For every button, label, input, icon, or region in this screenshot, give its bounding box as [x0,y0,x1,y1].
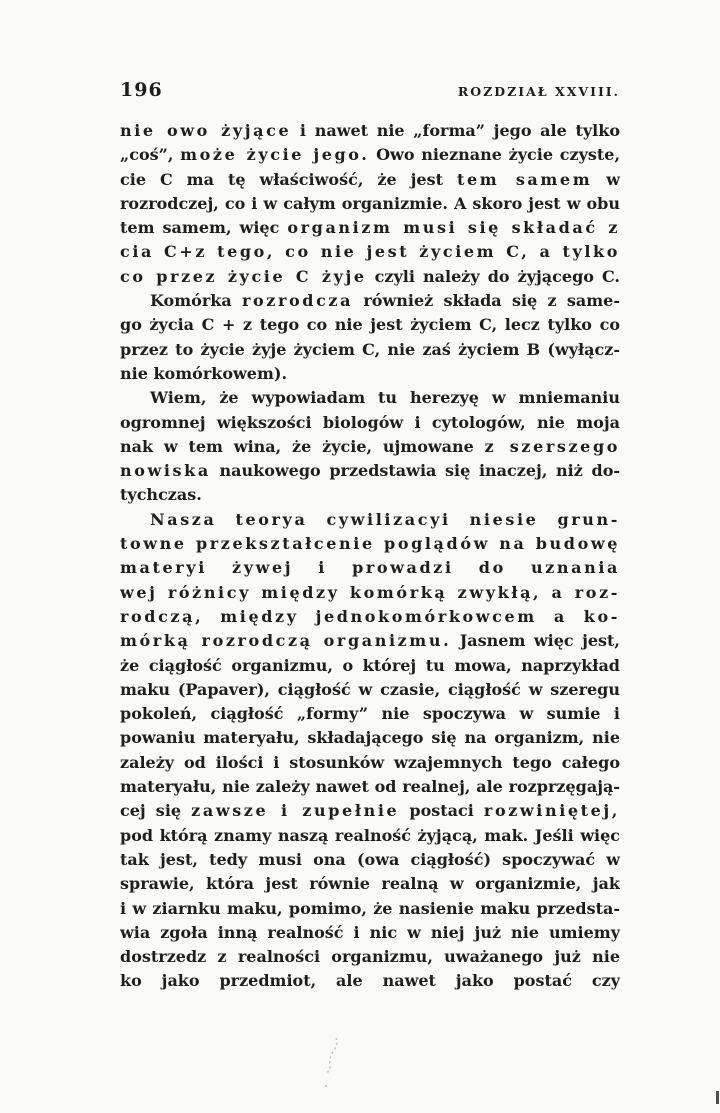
plain-text: pokoleń, ciągłość „formy” nie spoczywa w… [120,704,620,726]
plain-text: nie komórkowem). [120,364,287,383]
text-line: że ciągłość organizmu, o której tu mowa,… [120,654,620,678]
plain-text: tak jest, tedy musi ona (owa ciągłość) s… [120,850,620,872]
text-line: pod którą znamy naszą realność żyjącą, m… [120,824,620,848]
plain-text: naukowego przedstawia się inaczej, niż d… [211,461,620,480]
text-line: nak w tem wina, że życie, ujmowane z sze… [120,435,620,459]
text-line: rodczą, między jednokomórkowcem a ko- [120,605,620,629]
letterspaced-text: cia C+z tego, co nie jest życiem C, a ty… [120,242,620,261]
letterspaced-text: rodczą, między jednokomórkowcem a ko- [120,607,620,626]
plain-text: ogromnej większości biologów i cytologów… [120,413,620,435]
plain-text: ko jako przedmiot, ale nawet jako postać… [120,971,620,993]
text-line: wia zgoła inną realność i nic w niej już… [120,921,620,945]
plain-text: go życia C + z tego co nie jest życiem C… [120,315,620,334]
plain-text: Komórka [150,291,242,310]
page-number: 196 [120,79,163,101]
text-line: pokoleń, ciągłość „formy” nie spoczywa w… [120,702,620,726]
text-line: nie owo żyjące i nawet nie „forma” jego … [120,119,620,143]
letterspaced-text: rozwiniętej, [484,801,620,820]
text-line: „coś”, może życie jego. Owo nieznane życ… [120,143,620,167]
text-line: cie C ma tę właściwość, że jest tem same… [120,168,620,192]
letterspaced-text: Nasza teorya cywilizacyi niesie grun- [150,510,620,529]
letterspaced-text: materyi żywej i prowadzi do uznania jask… [120,558,620,580]
text-line: nie komórkowem). [120,362,620,386]
letterspaced-text: nowiska [120,461,211,480]
plain-text: cej się [120,801,191,820]
text-line: sprawie, która jest równie realną w orga… [120,872,620,896]
text-line: cej się zawsze i zupełnie postaci rozwin… [120,799,620,823]
letterspaced-text: może życie jego. [180,145,369,164]
text-line: maku (Papaver), ciągłość w czasie, ciągł… [120,678,620,702]
text-line: i w ziarnku maku, pomimo, że nasienie ma… [120,897,620,921]
text-line: co przez życie C żyje czyli należy do ży… [120,265,620,289]
page-body: nie owo żyjące i nawet nie „forma” jego … [120,119,620,994]
text-line: powaniu materyału, składającego się na o… [120,726,620,750]
plain-text: pod którą znamy naszą realność żyjącą, m… [120,826,620,845]
plain-text: tychczas. [120,485,202,504]
plain-text: czyli należy do żyjącego C. [367,267,620,286]
text-line: tem samem, więc organizm musi się składa… [120,216,620,240]
plain-text: cie C ma tę właściwość, że jest [120,170,457,189]
chapter-header: ROZDZIAŁ XXVIII. [458,84,620,99]
plain-text: powaniu materyału, składającego się na o… [120,728,620,747]
text-line: ko jako przedmiot, ale nawet jako postać… [120,969,620,993]
plain-text: zależy od ilości i stosunków wzajemnych … [120,753,620,772]
text-line: zależy od ilości i stosunków wzajemnych … [120,751,620,775]
text-line: przez to życie żyje życiem C, nie zaś ży… [120,338,620,362]
plain-text: sprawie, która jest równie realną w orga… [120,874,620,893]
text-line: materyi żywej i prowadzi do uznania jask… [120,556,620,580]
text-line: cia C+z tego, co nie jest życiem C, a ty… [120,240,620,264]
plain-text: „coś”, [120,145,180,164]
letterspaced-text: rozrodcza [242,291,353,310]
plain-text: że ciągłość organizmu, o której tu mowa,… [120,656,620,675]
text-line: tak jest, tedy musi ona (owa ciągłość) s… [120,848,620,872]
letterspaced-text: mórką rozrodczą organizmu. [120,631,451,650]
scan-artifact-squiggle [320,1034,346,1096]
text-line: tychczas. [120,483,620,507]
plain-text: materyału, nie zależy nawet od realnej, … [120,777,620,796]
text-line: go życia C + z tego co nie jest życiem C… [120,313,620,337]
paragraph: Komórka rozrodcza również składa się z s… [120,289,620,386]
text-line: ogromnej większości biologów i cytologów… [120,411,620,435]
text-line: Wiem, że wypowiadam tu herezyę w mnieman… [120,386,620,410]
text-line: nowiska naukowego przedstawia się inacze… [120,459,620,483]
scan-artifact-edge-mark [716,1091,719,1104]
text-line: rozrodczej, co i w całym organizmie. A s… [120,192,620,216]
plain-text: dostrzedz z realności organizmu, uważane… [120,947,620,969]
letterspaced-text: zawsze i zupełnie [191,801,399,820]
running-head: 196 ROZDZIAŁ XXVIII. [120,79,620,101]
letterspaced-text: co przez życie C żyje [120,267,367,286]
plain-text: i nawet nie „forma” jego ale tylko [291,121,620,140]
plain-text: nak w tem wina, że życie, ujmowane [120,437,485,456]
scanned-book-page: 196 ROZDZIAŁ XXVIII. nie owo żyjące i na… [0,0,720,1113]
text-line: materyału, nie zależy nawet od realnej, … [120,775,620,799]
plain-text: maku (Papaver), ciągłość w czasie, ciągł… [120,680,620,699]
paragraph: Wiem, że wypowiadam tu herezyę w mnieman… [120,386,620,507]
letterspaced-text: wej różnicy między komórką zwykłą, a roz… [120,583,620,602]
letterspaced-text: nie owo żyjące [120,121,291,140]
plain-text: wia zgoła inną realność i nic w niej już… [120,923,620,942]
text-line: dostrzedz z realności organizmu, uważane… [120,945,620,969]
plain-text: Wiem, że wypowiadam tu herezyę w mnieman… [150,388,620,407]
text-line: towne przekształcenie poglądów na budowę [120,532,620,556]
text-line: Nasza teorya cywilizacyi niesie grun- [120,508,620,532]
plain-text: postaci [399,801,484,820]
plain-text: również składa się z same- [353,291,620,310]
plain-text: przez to życie żyje życiem C, nie zaś ży… [120,340,620,359]
plain-text: rozrodczej, co i w całym organizmie. A s… [120,194,620,213]
text-line: mórką rozrodczą organizmu. Jasnem więc j… [120,629,620,653]
text-line: Komórka rozrodcza również składa się z s… [120,289,620,313]
text-line: wej różnicy między komórką zwykłą, a roz… [120,581,620,605]
plain-text: Jasnem więc jest, [451,631,620,650]
letterspaced-text: tem samem [457,170,592,189]
plain-text: i w ziarnku maku, pomimo, że nasienie ma… [120,899,620,918]
letterspaced-text: towne przekształcenie poglądów na budowę [120,534,620,553]
paragraph: nie owo żyjące i nawet nie „forma” jego … [120,119,620,289]
paragraph: Nasza teorya cywilizacyi niesie grun-tow… [120,508,620,994]
plain-text: tem samem, więc [120,218,287,237]
